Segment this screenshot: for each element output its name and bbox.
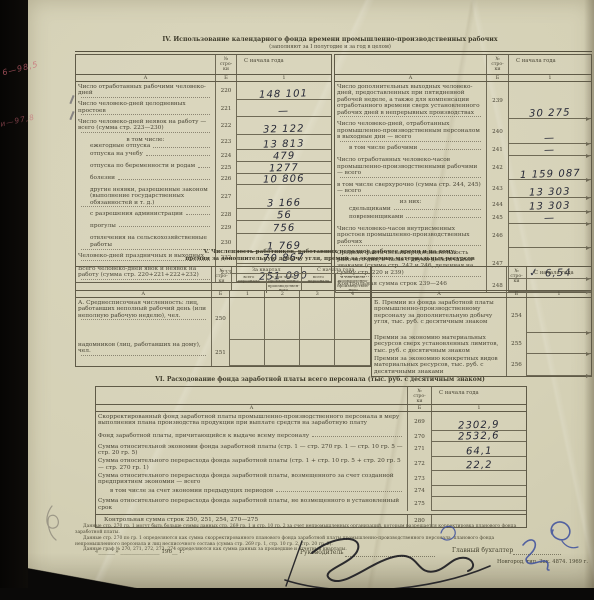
value-cell: 56: [237, 209, 331, 221]
handwritten-value: 64,1: [466, 446, 493, 457]
row-label-text: Число человеко-часов внутрисменных прост…: [337, 226, 484, 246]
handwritten-value: —: [544, 134, 555, 144]
value-cell: [509, 224, 591, 248]
dot-leaders: [420, 149, 481, 150]
head-signature-line: [345, 556, 435, 557]
value-cell: 22,2: [432, 457, 526, 472]
value-cell: 3 166: [237, 185, 331, 209]
row-number: 273: [408, 471, 432, 486]
value-cell: 1 159 087: [509, 156, 591, 180]
row-label-text: в том числе рабочими: [337, 145, 417, 152]
row-label-text: ежегодные отпуска: [78, 143, 150, 150]
row-label: Число дополнительных выходных человеко-д…: [335, 82, 487, 119]
value-cell: [265, 298, 300, 340]
header-label-col: [76, 267, 212, 290]
column-letters: А Б 1: [76, 75, 331, 82]
letter-1: 1: [527, 291, 591, 297]
row-label: Сумма относительного перерасхода фонда з…: [96, 497, 408, 512]
table-row: Фонд заработной платы, причитающийся к в…: [96, 431, 526, 442]
table-row: Скорректированный фонд заработной платы …: [96, 412, 526, 431]
letter-1: 1: [230, 291, 265, 297]
row-label: отпуска на учебу: [76, 150, 216, 162]
letter-1: 1: [237, 75, 331, 81]
group-title: За квартал: [232, 267, 301, 274]
header-group-quarter: За квартал всего персонала в том числе п…: [231, 267, 301, 290]
row-label: из них:сдельщиками: [335, 198, 487, 212]
dot-leaders: [340, 177, 481, 178]
value-cell: 30 275: [509, 82, 591, 119]
header-period: С начала года: [527, 267, 591, 290]
handwritten-value: 756: [273, 223, 296, 234]
section6-title: VI. Расходование фонда заработной платы …: [80, 376, 560, 383]
table-row: Премии за экономию материальных ресурсов…: [372, 333, 591, 354]
letter-4: 4: [335, 291, 370, 297]
footnote-2: Данные стр. 270 по гр. 1 определяются ка…: [75, 536, 540, 548]
value-cell: [432, 486, 526, 497]
row-label-text: в том числе за счет экономии предыдущих …: [98, 488, 273, 495]
value-cell: 10 806: [237, 174, 331, 186]
dot-leaders: [394, 209, 481, 210]
column-letters: А Б 1: [372, 291, 591, 298]
section5-title-line1: V. Численность работников, работавших не…: [80, 249, 580, 255]
header-label-col: [335, 55, 487, 74]
value-cell: —: [509, 119, 591, 143]
section6-table: № стро- ки С начала года А Б 1 Скорректи…: [95, 386, 527, 528]
row-label: А. Среднесписочная численность: лиц, раб…: [76, 298, 212, 340]
print-imprint: Новгород, тип. Зак. 4874. 1969 г.: [497, 559, 588, 565]
row-number: 223: [216, 135, 237, 149]
row-label-text: болезни: [78, 175, 115, 182]
table-row: в том числе рабочими 241 —: [335, 144, 591, 156]
row-label: надомников (лиц, работавших на дому), че…: [76, 340, 212, 366]
value-cell: [230, 340, 265, 366]
header-period: С начала года: [509, 55, 591, 74]
value-cell: [335, 340, 370, 366]
row-number: 251: [212, 340, 231, 366]
heavy-rule: [75, 51, 592, 52]
section5-left-table: № стро- ки За квартал всего персонала в …: [75, 266, 371, 367]
table-row: Число отработанных человеко-часов промыш…: [335, 156, 591, 180]
row-number: 256: [507, 354, 527, 375]
table-row: повременщиками 245 —: [335, 212, 591, 224]
row-number: 241: [487, 144, 509, 156]
table-row: Сумма относительного перерасхода фонда з…: [96, 457, 526, 472]
row-label-text: Скорректированный фонд заработной платы …: [98, 414, 405, 427]
subheader-all: всего персонала: [232, 274, 266, 293]
letter-3: 3: [300, 291, 335, 297]
table-row: другие неявки, разрешенные законом (выпо…: [76, 185, 331, 209]
row-label: повременщиками: [335, 212, 487, 224]
value-cell: [527, 354, 591, 375]
row-label: с разрешения администрации: [76, 209, 216, 221]
dot-leaders: [340, 245, 481, 246]
value-cell: 32 122: [237, 117, 331, 135]
row-number: 254: [507, 298, 527, 333]
dot-leaders: [340, 116, 481, 117]
table-row: Число человеко-дней целодневных простоев…: [76, 100, 331, 118]
section4-subtitle: (заполняют за I полугодие и за год в цел…: [80, 44, 580, 50]
table-row: с разрешения администрации 228 56: [76, 209, 331, 221]
value-cell: [335, 298, 370, 340]
letter-b: Б: [507, 291, 527, 297]
row-number: 271: [408, 442, 432, 457]
header-period: С начала года: [432, 387, 526, 404]
row-label-text: Б. Премии из фонда заработной платы пром…: [374, 300, 504, 326]
row-label-text: Премии за экономию конкретных видов мате…: [374, 356, 504, 376]
subheader-all: всего персонала: [302, 274, 336, 293]
table-row: в том числе за счет экономии предыдущих …: [96, 486, 526, 497]
dot-leaders: [406, 217, 481, 218]
row-label-text: Сумма относительной экономии фонда зараб…: [98, 444, 405, 457]
handwritten-value: 3 166: [267, 199, 301, 210]
column-letters: А Б 1 2 3 4: [76, 291, 370, 298]
table-row: отпуска на учебу 224 479: [76, 150, 331, 162]
table-row: Сумма относительного перерасхода фонда з…: [96, 497, 526, 512]
row-label-text: отпуска по беременности и родам: [78, 163, 195, 170]
row-number: 239: [487, 82, 509, 119]
table-row: Б. Премии из фонда заработной платы пром…: [372, 298, 591, 333]
value-cell: [265, 340, 300, 366]
table-row: Сумма относительного перерасхода фонда з…: [96, 471, 526, 486]
row-label-text: в том числе сверхурочно (сумма стр. 244,…: [337, 182, 484, 195]
row-label: Сумма относительного перерасхода фонда з…: [96, 471, 408, 486]
dot-leaders: [146, 155, 210, 156]
row-number: 228: [216, 209, 237, 221]
row-label: Число человеко-дней целодневных простоев: [76, 100, 216, 118]
value-cell: 148 101: [237, 82, 331, 100]
dot-leaders: [81, 97, 210, 98]
row-number: 225: [216, 162, 237, 174]
handwritten-value: —: [278, 107, 289, 117]
row-label-text: другие неявки, разрешенные законом (выпо…: [78, 187, 213, 207]
row-number: 245: [487, 212, 509, 224]
row-number: 221: [216, 100, 237, 118]
row-label-text: Контрольная сумма строк 250, 251, 254, 2…: [98, 517, 258, 524]
footnote-1: Данные стр. 270 гр. 1 могут быть больше …: [75, 524, 540, 536]
row-label: Премии за экономию конкретных видов мате…: [372, 354, 507, 375]
value-cell: [230, 298, 265, 340]
table-row: болезни 226 10 806: [76, 174, 331, 186]
letter-a: А: [76, 75, 216, 81]
row-label-text: отвлечения на сельскохозяйственные работ…: [78, 235, 213, 248]
row-label: другие неявки, разрешенные законом (выпо…: [76, 185, 216, 209]
dot-leaders: [186, 214, 210, 215]
header-group-ytd: С начала года всего персонала в том числ…: [301, 267, 371, 290]
dot-leaders: [153, 147, 210, 148]
row-label: Число человеко-часов внутрисменных прост…: [335, 224, 487, 248]
row-label: в том числе:ежегодные отпуска: [76, 135, 216, 149]
scanner-background-left: [0, 0, 28, 600]
row-number: 226: [216, 174, 237, 186]
handwritten-value: 30 275: [529, 109, 571, 120]
row-label-text: Число отработанных рабочими человеко-дне…: [78, 84, 213, 97]
table-row: в том числе:ежегодные отпуска 223 13 813: [76, 135, 331, 149]
dot-leaders: [340, 141, 481, 142]
value-cell: —: [237, 100, 331, 118]
row-number: 224: [216, 150, 237, 162]
row-label-text: Число дополнительных выходных человеко-д…: [337, 84, 484, 117]
table-row: А. Среднесписочная численность: лиц, раб…: [76, 298, 370, 340]
row-number: 222: [216, 117, 237, 135]
table-row: Число человеко-дней неявок на работу — в…: [76, 117, 331, 135]
handwritten-value: 13 303: [529, 202, 571, 213]
header-label-col: [76, 55, 216, 74]
table-row: Число отработанных рабочими человеко-дне…: [76, 82, 331, 100]
column-letters: А Б 1: [335, 75, 591, 82]
row-label-text: Число отработанных человеко-часов промыш…: [337, 157, 484, 177]
table-row: прогулы 229 756: [76, 221, 331, 234]
dot-leaders: [312, 436, 402, 437]
value-cell: [527, 298, 591, 333]
row-label-text: прогулы: [78, 223, 116, 230]
handwritten-value: 22,2: [466, 461, 493, 472]
table-row: Премии за экономию конкретных видов мате…: [372, 354, 591, 375]
table-row: Число человеко-дней, отработанных промыш…: [335, 119, 591, 143]
handwritten-value: —: [544, 146, 555, 156]
row-label: прогулы: [76, 221, 216, 234]
handwritten-value: 10 806: [263, 174, 305, 185]
row-label-text: Фонд заработной платы, причитающийся к в…: [98, 433, 309, 440]
value-cell: [432, 497, 526, 512]
handwritten-value: —: [544, 214, 555, 224]
header-label-col: [372, 267, 507, 290]
header-row-number: № стро- ки: [507, 267, 527, 290]
section5-title-line2: премии за дополнительную добычу угля, пр…: [80, 256, 580, 262]
handwritten-value: 2532,6: [458, 431, 500, 442]
row-label-text: отпуска на учебу: [78, 151, 143, 158]
dot-leaders: [81, 114, 210, 115]
letter-b: Б: [487, 75, 509, 81]
value-cell: 13 303: [509, 180, 591, 198]
table-row: отпуска по беременности и родам 225 1277: [76, 162, 331, 174]
row-label: Фонд заработной платы, причитающийся к в…: [96, 431, 408, 442]
table-row: Сумма относительной экономии фонда зараб…: [96, 442, 526, 457]
value-cell: [527, 333, 591, 354]
row-label: Число отработанных рабочими человеко-дне…: [76, 82, 216, 100]
torn-corner-shadow: [28, 566, 148, 588]
letter-b: Б: [212, 291, 231, 297]
dot-leaders: [81, 132, 210, 133]
handwritten-value: 32 122: [263, 124, 305, 135]
row-label-text: Сумма относительного перерасхода фонда з…: [98, 498, 405, 511]
row-label: Скорректированный фонд заработной платы …: [96, 412, 408, 431]
column-letters: А Б 1: [96, 405, 526, 412]
row-label: в том числе за счет экономии предыдущих …: [96, 486, 408, 497]
subheader-industrial: в том числе промышленно- производствен- …: [266, 274, 301, 293]
letter-a: А: [372, 291, 507, 297]
dot-leaders: [81, 355, 206, 356]
row-number: 246: [487, 224, 509, 248]
subheader-industrial: в том числе промышленно- производствен- …: [335, 274, 370, 293]
header-row-number: № стро- ки: [408, 387, 432, 404]
group-title: С начала года: [302, 267, 371, 274]
row-number: 243: [487, 180, 509, 198]
row-number: 242: [487, 156, 509, 180]
row-label-text: Число человеко-дней целодневных простоев: [78, 101, 213, 114]
section4-title: IV. Использование календарного фонда вре…: [80, 36, 580, 43]
row-label: Сумма относительного перерасхода фонда з…: [96, 457, 408, 472]
section5-right-table: № стро- ки С начала года А Б 1 Б. Премии…: [371, 266, 592, 377]
row-label: Б. Премии из фонда заработной платы пром…: [372, 298, 507, 333]
row-label-text: А. Среднесписочная численность: лиц, раб…: [78, 300, 209, 320]
dot-leaders: [198, 167, 210, 168]
row-label: Премии за экономию материальных ресурсов…: [372, 333, 507, 354]
letter-a: А: [76, 291, 212, 297]
letter-1: 1: [432, 405, 526, 411]
row-number: 240: [487, 119, 509, 143]
dot-leaders: [276, 491, 402, 492]
row-label: Число человеко-дней неявок на работу — в…: [76, 117, 216, 135]
value-cell: [432, 471, 526, 486]
handwritten-value: 1277: [269, 163, 299, 174]
row-number: 270: [408, 431, 432, 442]
date-line: «______» ______________ 196__ г.: [95, 549, 184, 555]
letter-a: А: [96, 405, 408, 411]
letter-2: 2: [265, 291, 300, 297]
dot-leaders: [340, 195, 481, 196]
row-number: 275: [408, 497, 432, 512]
letter-b: Б: [408, 405, 432, 411]
value-cell: 479: [237, 150, 331, 162]
table-row: надомников (лиц, работавших на дому), че…: [76, 340, 370, 366]
dot-leaders: [81, 319, 206, 320]
table-row: из них:сдельщиками 244 13 303: [335, 198, 591, 212]
value-cell: —: [509, 212, 591, 224]
row-label: отпуска по беременности и родам: [76, 162, 216, 174]
accountant-signature-label: Главный бухгалтер: [452, 547, 513, 554]
row-label-text: Сумма относительного перерасхода фонда з…: [98, 473, 405, 486]
row-label-text: Премии за экономию материальных ресурсов…: [374, 335, 504, 355]
value-cell: 13 813: [237, 135, 331, 149]
handwritten-value: 479: [273, 151, 296, 162]
accountant-signature-line: [513, 554, 561, 555]
dot-leaders: [81, 206, 210, 207]
value-cell: 2532,6: [432, 431, 526, 442]
row-number: 229: [216, 221, 237, 234]
row-number: 255: [507, 333, 527, 354]
header-label-col: [96, 387, 408, 404]
row-label: болезни: [76, 174, 216, 186]
row-number: 244: [487, 198, 509, 212]
row-number: 220: [216, 82, 237, 100]
value-cell: 756: [237, 221, 331, 234]
handwritten-value: 13 813: [263, 139, 305, 150]
head-signature-label: Руководитель: [300, 549, 344, 556]
header-row-number: № стро- ки: [216, 55, 237, 74]
table-row: Число дополнительных выходных человеко-д…: [335, 82, 591, 119]
value-cell: 2302,9: [432, 412, 526, 431]
handwritten-value: 13 303: [529, 187, 571, 198]
dot-leaders: [118, 179, 210, 180]
table-row: в том числе сверхурочно (сумма стр. 244,…: [335, 180, 591, 198]
table-row: Число человеко-часов внутрисменных прост…: [335, 224, 591, 248]
value-cell: 64,1: [432, 442, 526, 457]
row-label-text: с разрешения администрации: [78, 211, 183, 218]
dot-leaders: [119, 226, 210, 227]
value-cell: [300, 340, 335, 366]
row-number: 274: [408, 486, 432, 497]
row-label: Число отработанных человеко-часов промыш…: [335, 156, 487, 180]
header-row-number: № стро- ки: [487, 55, 509, 74]
header-period: С начала года: [237, 55, 331, 74]
row-label: Число человеко-дней, отработанных промыш…: [335, 119, 487, 143]
row-label-text: Число человеко-дней, отработанных промыш…: [337, 121, 484, 141]
value-cell: [300, 298, 335, 340]
value-cell: 1277: [237, 162, 331, 174]
row-number: 269: [408, 412, 432, 431]
row-label: в том числе сверхурочно (сумма стр. 244,…: [335, 180, 487, 198]
row-label-text: сдельщиками: [337, 206, 391, 213]
handwritten-value: 56: [276, 211, 291, 221]
row-label-text: надомников (лиц, работавших на дому), че…: [78, 342, 209, 355]
row-number: 227: [216, 185, 237, 209]
value-cell: 13 303: [509, 198, 591, 212]
row-number: 250: [212, 298, 231, 340]
header-row-number: № стро- ки: [212, 267, 231, 290]
letter-a: А: [335, 75, 487, 81]
row-label-text: Число человеко-дней неявок на работу — в…: [78, 119, 213, 132]
letter-1: 1: [509, 75, 591, 81]
row-label: в том числе рабочими: [335, 144, 487, 156]
row-label-text: Сумма относительного перерасхода фонда з…: [98, 458, 405, 471]
letter-b: Б: [216, 75, 237, 81]
scanned-form-page: IV. Использование календарного фонда вре…: [0, 0, 594, 600]
value-cell: —: [509, 144, 591, 156]
scanner-background-bottom: [0, 588, 594, 600]
row-label-text: повременщиками: [337, 214, 403, 221]
row-number: 272: [408, 457, 432, 472]
row-label: Сумма относительной экономии фонда зараб…: [96, 442, 408, 457]
